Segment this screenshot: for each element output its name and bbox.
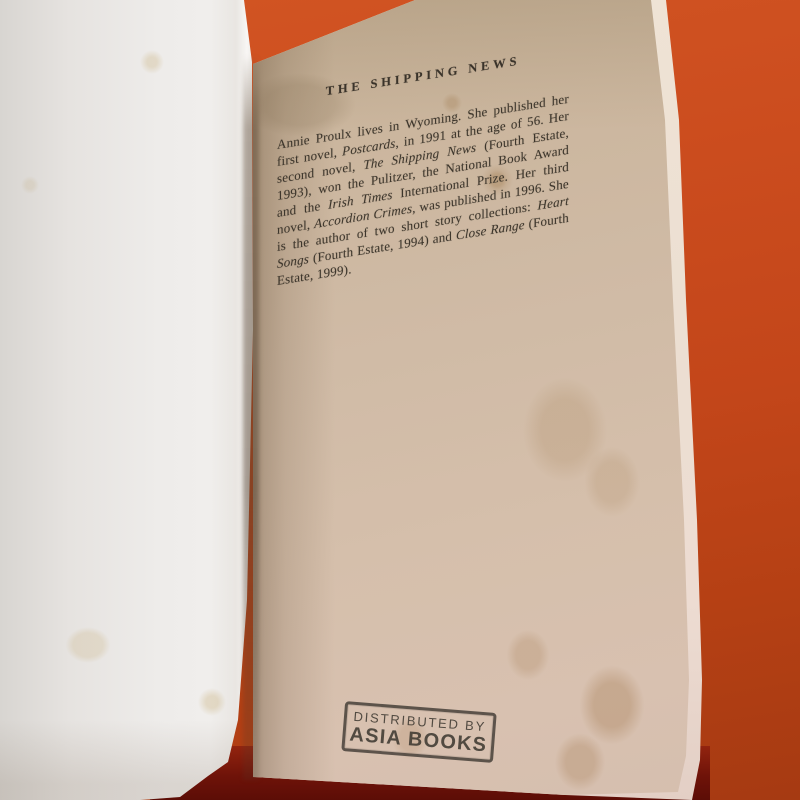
book-photo-scene: THE SHIPPING NEWS Annie Proulx lives in …	[0, 0, 800, 800]
gutter-shadow	[243, 55, 259, 780]
